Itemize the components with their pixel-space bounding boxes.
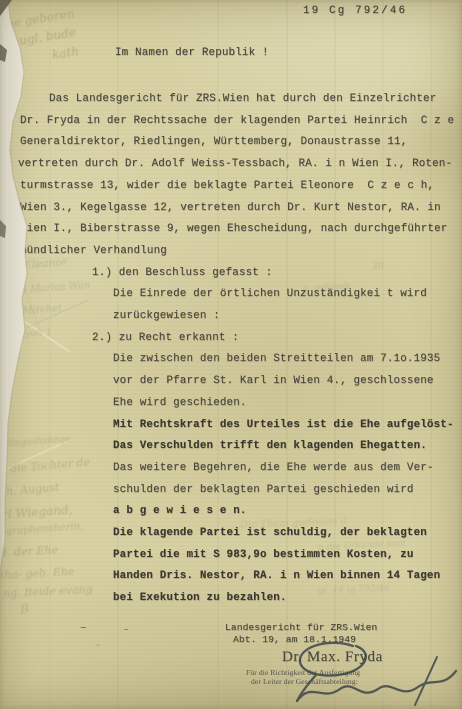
certification-line-2: der Leiter der Geschäftsabteilung: (251, 677, 358, 686)
stamp-block: Dr. Max. Fryda Für die Richtigkeit der A… (0, 0, 462, 709)
document-page: ine geborenhmugl, budeenkathelm Eleanoru… (0, 0, 462, 709)
certification-line-1: Für die Richtigkeit der Ausfertigung (246, 668, 360, 677)
judge-name-stamp: Dr. Max. Fryda (282, 649, 383, 666)
